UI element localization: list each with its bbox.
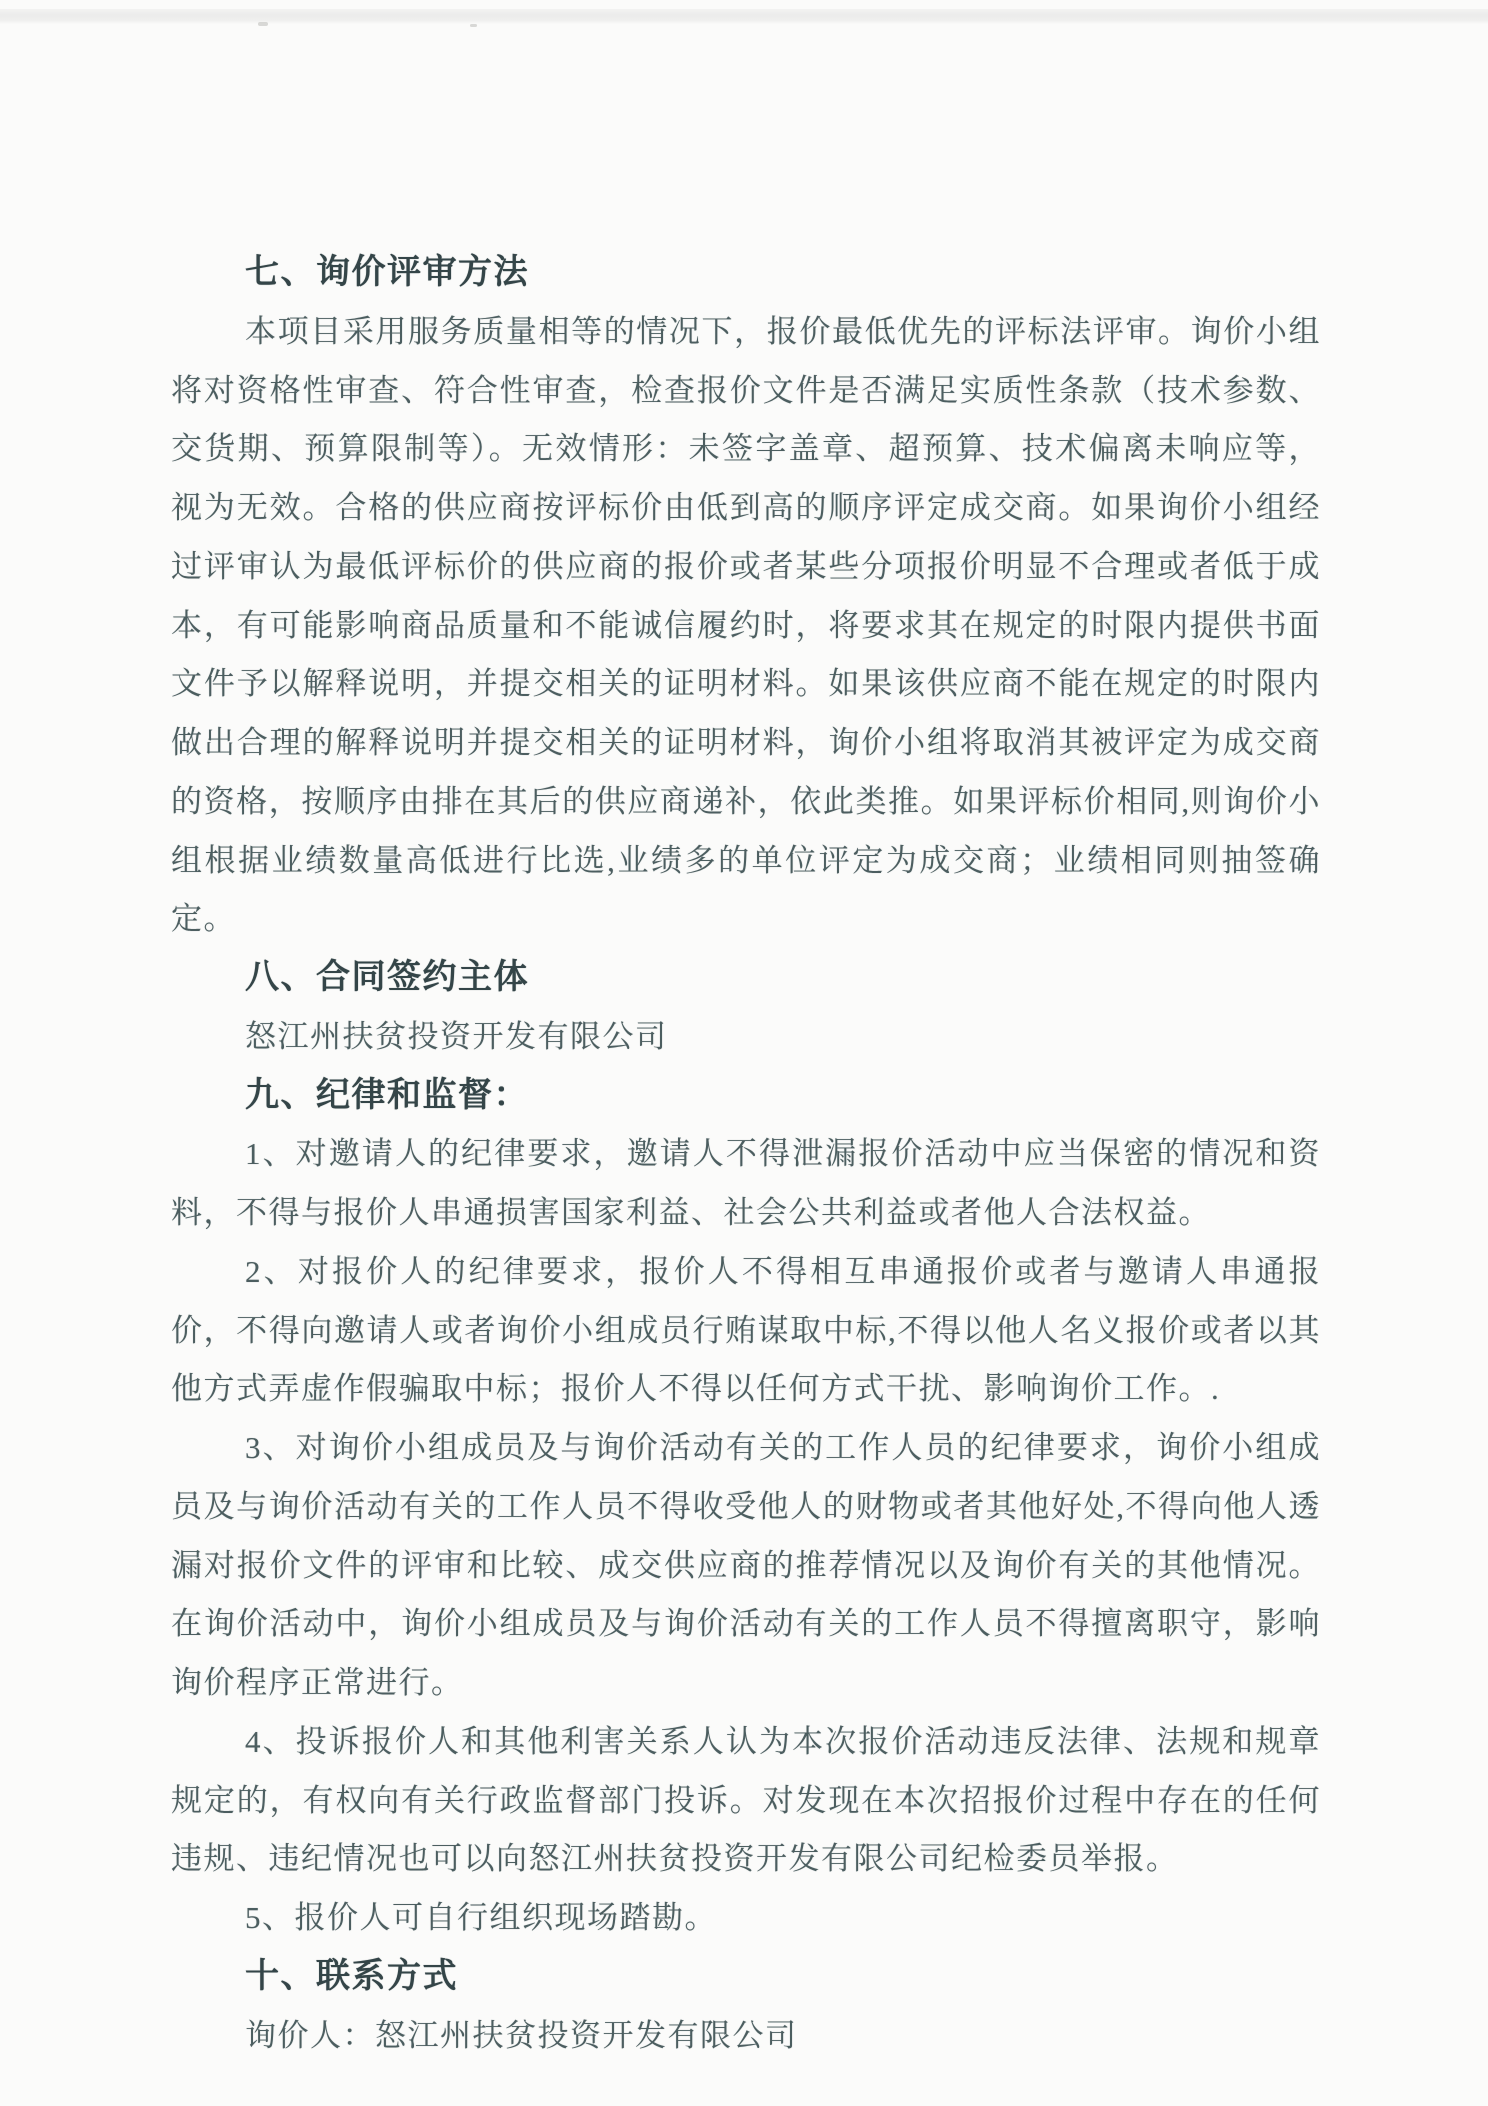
document-body: 七、询价评审方法本项目采用服务质量相等的情况下，报价最低优先的评标法评审。询价小… [171,244,1321,2065]
document-page: 七、询价评审方法本项目采用服务质量相等的情况下，报价最低优先的评标法评审。询价小… [0,0,1488,2106]
scan-artifact-speck [258,22,268,26]
section-heading: 七、询价评审方法 [171,244,1321,303]
paragraph: 1、对邀请人的纪律要求，邀请人不得泄漏报价活动中应当保密的情况和资料，不得与报价… [171,1125,1321,1243]
paragraph: 5、报价人可自行组织现场踏勘。 [171,1889,1321,1948]
paragraph: 询价人：怒江州扶贫投资开发有限公司 [171,2007,1321,2066]
paragraph: 怒江州扶贫投资开发有限公司 [171,1008,1321,1067]
section-heading: 十、联系方式 [171,1948,1321,2007]
section-heading: 八、合同签约主体 [171,949,1321,1008]
scan-artifact-speck [470,24,477,27]
scan-artifact-top-band [0,9,1488,24]
paragraph: 3、对询价小组成员及与询价活动有关的工作人员的纪律要求，询价小组成员及与询价活动… [171,1419,1321,1713]
paragraph: 4、投诉报价人和其他利害关系人认为本次报价活动违反法律、法规和规章规定的，有权向… [171,1713,1321,1889]
paragraph: 本项目采用服务质量相等的情况下，报价最低优先的评标法评审。询价小组将对资格性审查… [171,303,1321,949]
paragraph: 2、对报价人的纪律要求，报价人不得相互串通报价或者与邀请人串通报价，不得向邀请人… [171,1243,1321,1419]
section-heading: 九、纪律和监督： [171,1067,1321,1126]
